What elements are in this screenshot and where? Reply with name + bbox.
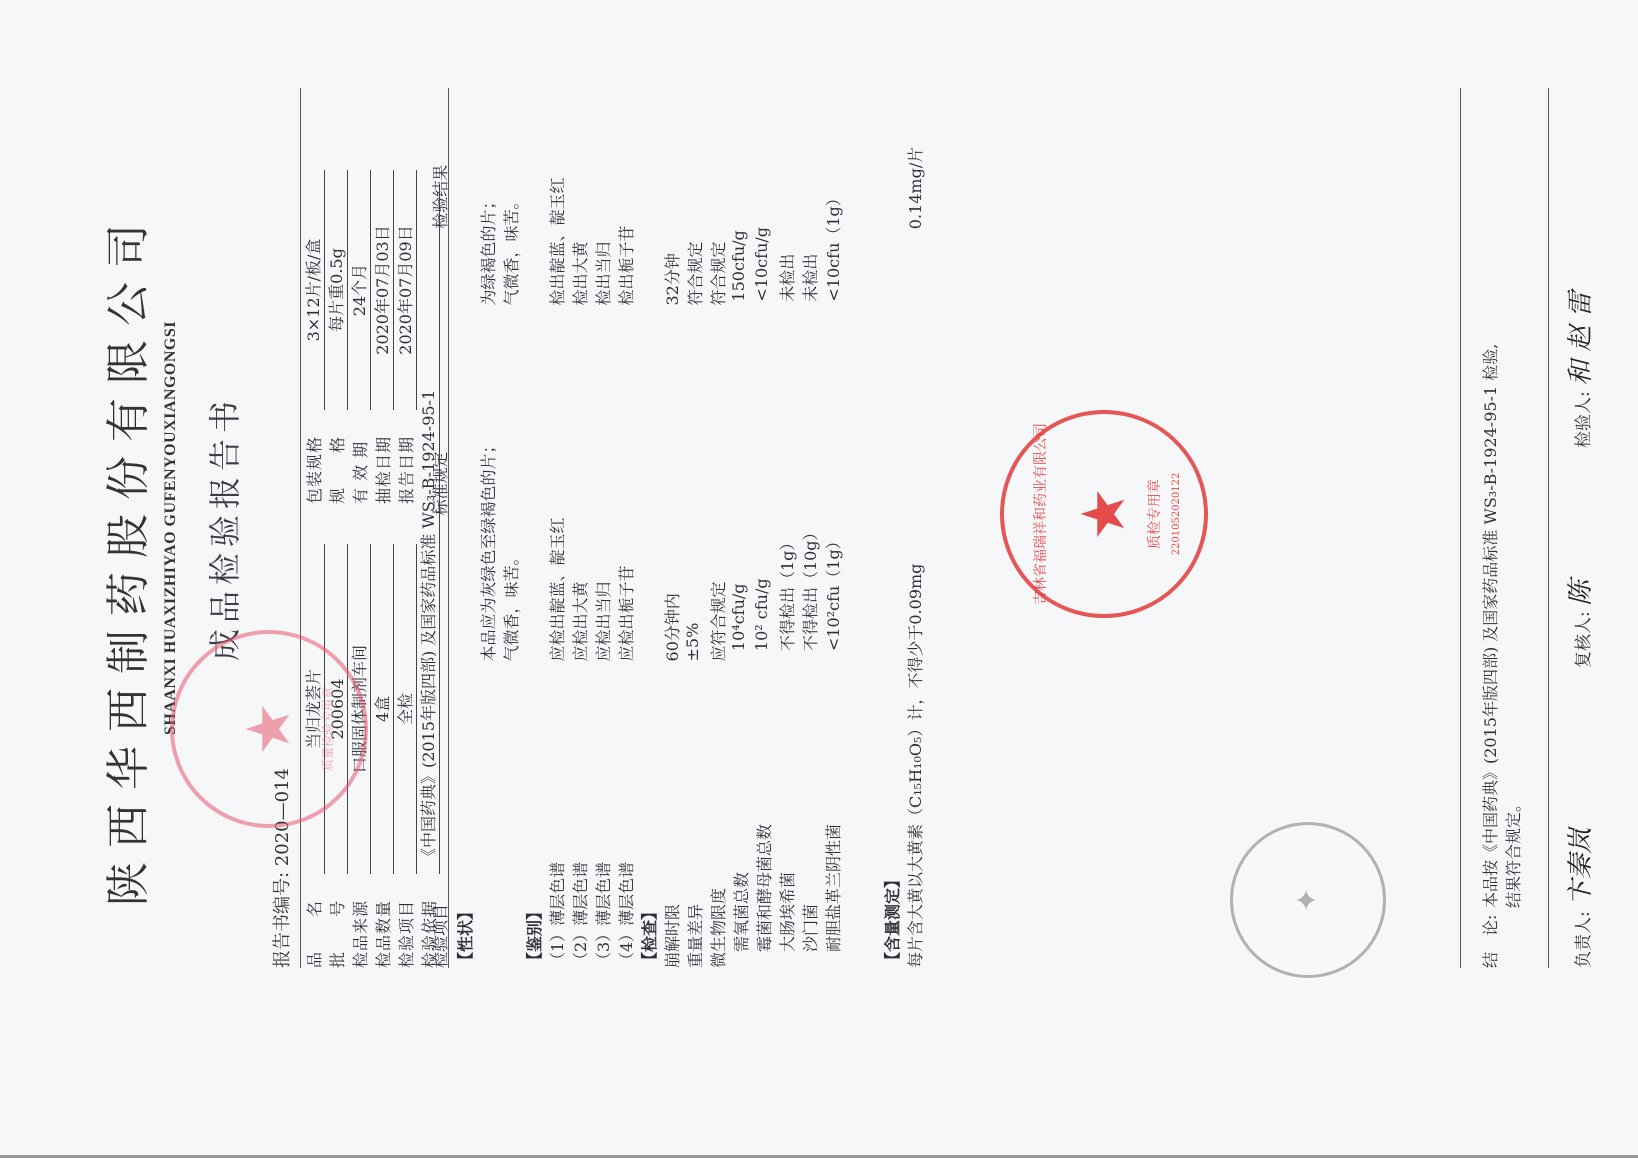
- spec-value: 每片重0.5g: [324, 170, 348, 410]
- table-row: 本品应为灰绿色至绿褐色的片；为绿褐色的片；: [476, 88, 499, 968]
- table-header-row: 检验项目 标准规定 检验结果: [428, 88, 451, 968]
- package-value: 3×12片/板/盒: [301, 170, 325, 410]
- row-standard: 不得检出（1g）: [775, 302, 798, 651]
- assay-section: 【含量测定】 每片含大黄以大黄素（C₁₅H₁₀O₅）计，不得少于0.09mg 0…: [880, 88, 926, 968]
- conclusion-line: 结 论: 本品按《中国药典》(2015年版四部) 及国家药品标准 WS₃-B-1…: [1478, 88, 1501, 968]
- signature-block: 负责人: 卞秦岚 复核人: 陈 检验人: 和 赵 雷: [1560, 88, 1597, 968]
- row-item: 大肠埃希菌: [775, 651, 798, 968]
- table-row: （2）薄层色谱应检出大黄检出大黄: [568, 88, 591, 968]
- sampling-date-value: 2020年07月03日: [370, 170, 394, 410]
- stamp-company: 吉林省福瑞祥和药业有限公司: [1030, 414, 1050, 614]
- row-result: 检出靛蓝、靛玉红: [545, 88, 568, 306]
- table-sections: 【性状】本品应为灰绿色至绿褐色的片；为绿褐色的片；气微香，味苦。气微香，味苦。【…: [453, 88, 844, 968]
- table-row: （1）薄层色谱应检出靛蓝、靛玉红检出靛蓝、靛玉红: [545, 88, 568, 968]
- inspection-report-page: 陕西华西制药股份有限公司 SHAANXI HUAXIZHIYAO GUFENYO…: [0, 0, 1638, 1158]
- report-date-label: 报告日期: [394, 416, 417, 504]
- results-table: 检验项目 标准规定 检验结果 【性状】本品应为灰绿色至绿褐色的片；为绿褐色的片；…: [428, 88, 844, 968]
- conclusion-text-2: 结果符合规定。: [1501, 796, 1524, 908]
- conclusion-label: 结 论:: [1478, 908, 1501, 968]
- divider: [300, 88, 301, 968]
- assay-row: 每片含大黄以大黄素（C₁₅H₁₀O₅）计，不得少于0.09mg 0.14mg/片: [903, 88, 926, 968]
- stamp-text: 质量检验专用章: [319, 634, 336, 824]
- row-standard: <10²cfu（1g）: [821, 302, 844, 651]
- row-standard: 10² cfu/g: [752, 302, 775, 651]
- info-row: 检品数量 4盒 抽检日期 2020年07月03日: [371, 88, 394, 968]
- quantity-label: 检品数量: [371, 880, 394, 968]
- row-result: 未检出: [775, 88, 798, 302]
- spec-label: 规 格: [325, 416, 348, 504]
- responsible-signature: 卞秦岚: [1566, 828, 1596, 906]
- row-item: （4）薄层色谱: [614, 661, 637, 968]
- table-row: （3）薄层色谱应检出当归检出当归: [591, 88, 614, 968]
- header-item: 检验项目: [428, 661, 451, 968]
- table-row: 气微香，味苦。气微香，味苦。: [499, 88, 522, 968]
- responsible-person: 负责人: 卞秦岚: [1560, 668, 1597, 968]
- row-standard: 应检出栀子苷: [614, 306, 637, 662]
- assay-standard: 每片含大黄以大黄素（C₁₅H₁₀O₅）计，不得少于0.09mg: [903, 288, 926, 968]
- row-result: 未检出: [798, 88, 821, 302]
- row-standard: 应检出大黄: [568, 306, 591, 662]
- divider: [1548, 88, 1549, 968]
- inspector-signature: 和 赵 雷: [1566, 291, 1596, 386]
- product-info-block: 品 名 当归龙荟片 包装规格 3×12片/板/盒 批 号 200604 规 格 …: [302, 88, 440, 968]
- row-item: [476, 661, 499, 968]
- section-title: 【鉴别】: [522, 88, 545, 968]
- row-standard: 气微香，味苦。: [499, 306, 522, 662]
- reviewer-label: 复核人:: [1574, 611, 1594, 668]
- table-row: （4）薄层色谱应检出栀子苷检出栀子苷: [614, 88, 637, 968]
- source-label: 检品来源: [348, 880, 371, 968]
- table-row: 沙门菌不得检出（10g）未检出: [798, 88, 821, 968]
- report-date-value: 2020年07月09日: [393, 170, 417, 410]
- star-icon: ★: [1074, 487, 1134, 541]
- section-title: 【检查】: [637, 88, 660, 968]
- report-number-label: 报告书编号:: [272, 872, 293, 968]
- row-result: 检出当归: [591, 88, 614, 306]
- row-item: 耐胆盐革兰阴性菌: [821, 651, 844, 968]
- assay-result: 0.14mg/片: [903, 88, 926, 288]
- row-standard: 60分钟内: [660, 306, 683, 662]
- row-result: 150cfu/g: [729, 88, 752, 302]
- stamp-sub: 质检专用章: [1144, 414, 1164, 614]
- table-row: 崩解时限60分钟内32分钟: [660, 88, 683, 968]
- table-row: 重量差异±5%符合规定: [683, 88, 706, 968]
- row-item: 崩解时限: [660, 661, 683, 968]
- quantity-value: 4盒: [370, 544, 394, 874]
- batch-label: 批 号: [325, 880, 348, 968]
- inspector-person: 检验人: 和 赵 雷: [1560, 88, 1597, 448]
- row-item: 微生物限度: [706, 661, 729, 968]
- row-standard: ±5%: [683, 306, 706, 662]
- row-item: 霉菌和酵母菌总数: [752, 651, 775, 968]
- row-result: 符合规定: [706, 88, 729, 306]
- row-result: 检出大黄: [568, 88, 591, 306]
- row-item: （3）薄层色谱: [591, 661, 614, 968]
- section-title: 【性状】: [453, 88, 476, 968]
- row-item: 重量差异: [683, 661, 706, 968]
- info-row: 批 号 200604 规 格 每片重0.5g: [325, 88, 348, 968]
- product-name-label: 品 名: [302, 880, 325, 968]
- assay-title: 【含量测定】: [880, 88, 903, 968]
- conclusion-text: 本品按《中国药典》(2015年版四部) 及国家药品标准 WS₃-B-1924-9…: [1478, 344, 1501, 908]
- sampling-date-label: 抽检日期: [371, 416, 394, 504]
- table-row: 霉菌和酵母菌总数10² cfu/g<10cfu/g: [752, 88, 775, 968]
- reviewer-person: 复核人: 陈: [1560, 448, 1597, 668]
- responsible-label: 负责人:: [1574, 911, 1594, 968]
- validity-value: 24个月: [347, 170, 371, 410]
- divider: [1460, 88, 1461, 968]
- table-row: 微生物限度应符合规定符合规定: [706, 88, 729, 968]
- info-row: 检品来源 口服固体制剂车间 有 效 期 24个月: [348, 88, 371, 968]
- row-result: 为绿褐色的片；: [476, 88, 499, 306]
- row-standard: 应检出当归: [591, 306, 614, 662]
- row-item: （2）薄层色谱: [568, 661, 591, 968]
- row-standard: 10⁴cfu/g: [729, 302, 752, 651]
- stamp-code: 2201052020122: [1171, 414, 1182, 614]
- row-result: 检出栀子苷: [614, 88, 637, 306]
- header-standard: 标准规定: [428, 306, 451, 662]
- reviewer-signature: 陈: [1566, 580, 1596, 606]
- row-standard: 应符合规定: [706, 306, 729, 662]
- seal-mark-icon: ✦: [1293, 887, 1323, 912]
- validity-label: 有 效 期: [348, 416, 371, 504]
- table-row: 大肠埃希菌不得检出（1g）未检出: [775, 88, 798, 968]
- row-item: 沙门菌: [798, 651, 821, 968]
- header-result: 检验结果: [428, 88, 451, 306]
- items-value: 全检: [393, 544, 417, 874]
- row-item: （1）薄层色谱: [545, 661, 568, 968]
- faded-seal-stamp: ★ 质量检验专用章: [170, 630, 368, 828]
- document-viewer: 陕西华西制药股份有限公司 SHAANXI HUAXIZHIYAO GUFENYO…: [0, 0, 1638, 1158]
- company-seal-stamp: 吉林省福瑞祥和药业有限公司 ★ 质检专用章 2201052020122: [1000, 410, 1208, 618]
- info-row: 品 名 当归龙荟片 包装规格 3×12片/板/盒: [302, 88, 325, 968]
- row-standard: 本品应为灰绿色至绿褐色的片；: [476, 306, 499, 662]
- inspector-label: 检验人:: [1574, 391, 1594, 448]
- row-standard: 应检出靛蓝、靛玉红: [545, 306, 568, 662]
- row-result: 32分钟: [660, 88, 683, 306]
- row-result: <10cfu/g: [752, 88, 775, 302]
- items-label: 检验项目: [394, 880, 417, 968]
- row-standard: 不得检出（10g）: [798, 302, 821, 651]
- info-row: 检验项目 全检 报告日期 2020年07月09日: [394, 88, 417, 968]
- table-row: 需氧菌总数10⁴cfu/g150cfu/g: [729, 88, 752, 968]
- row-result: <10cfu（1g）: [821, 88, 844, 302]
- row-result: 符合规定: [683, 88, 706, 306]
- conclusion-block: 结 论: 本品按《中国药典》(2015年版四部) 及国家药品标准 WS₃-B-1…: [1478, 88, 1524, 968]
- star-icon: ★: [239, 702, 299, 756]
- table-row: 耐胆盐革兰阴性菌<10²cfu（1g）<10cfu（1g）: [821, 88, 844, 968]
- row-item: 需氧菌总数: [729, 651, 752, 968]
- row-item: [499, 661, 522, 968]
- conclusion-line: 结果符合规定。: [1501, 88, 1524, 968]
- company-name-cn: 陕西华西制药股份有限公司: [92, 208, 156, 908]
- package-label: 包装规格: [302, 416, 325, 504]
- grey-seal-stamp: ✦: [1230, 822, 1386, 978]
- row-result: 气微香，味苦。: [499, 88, 522, 306]
